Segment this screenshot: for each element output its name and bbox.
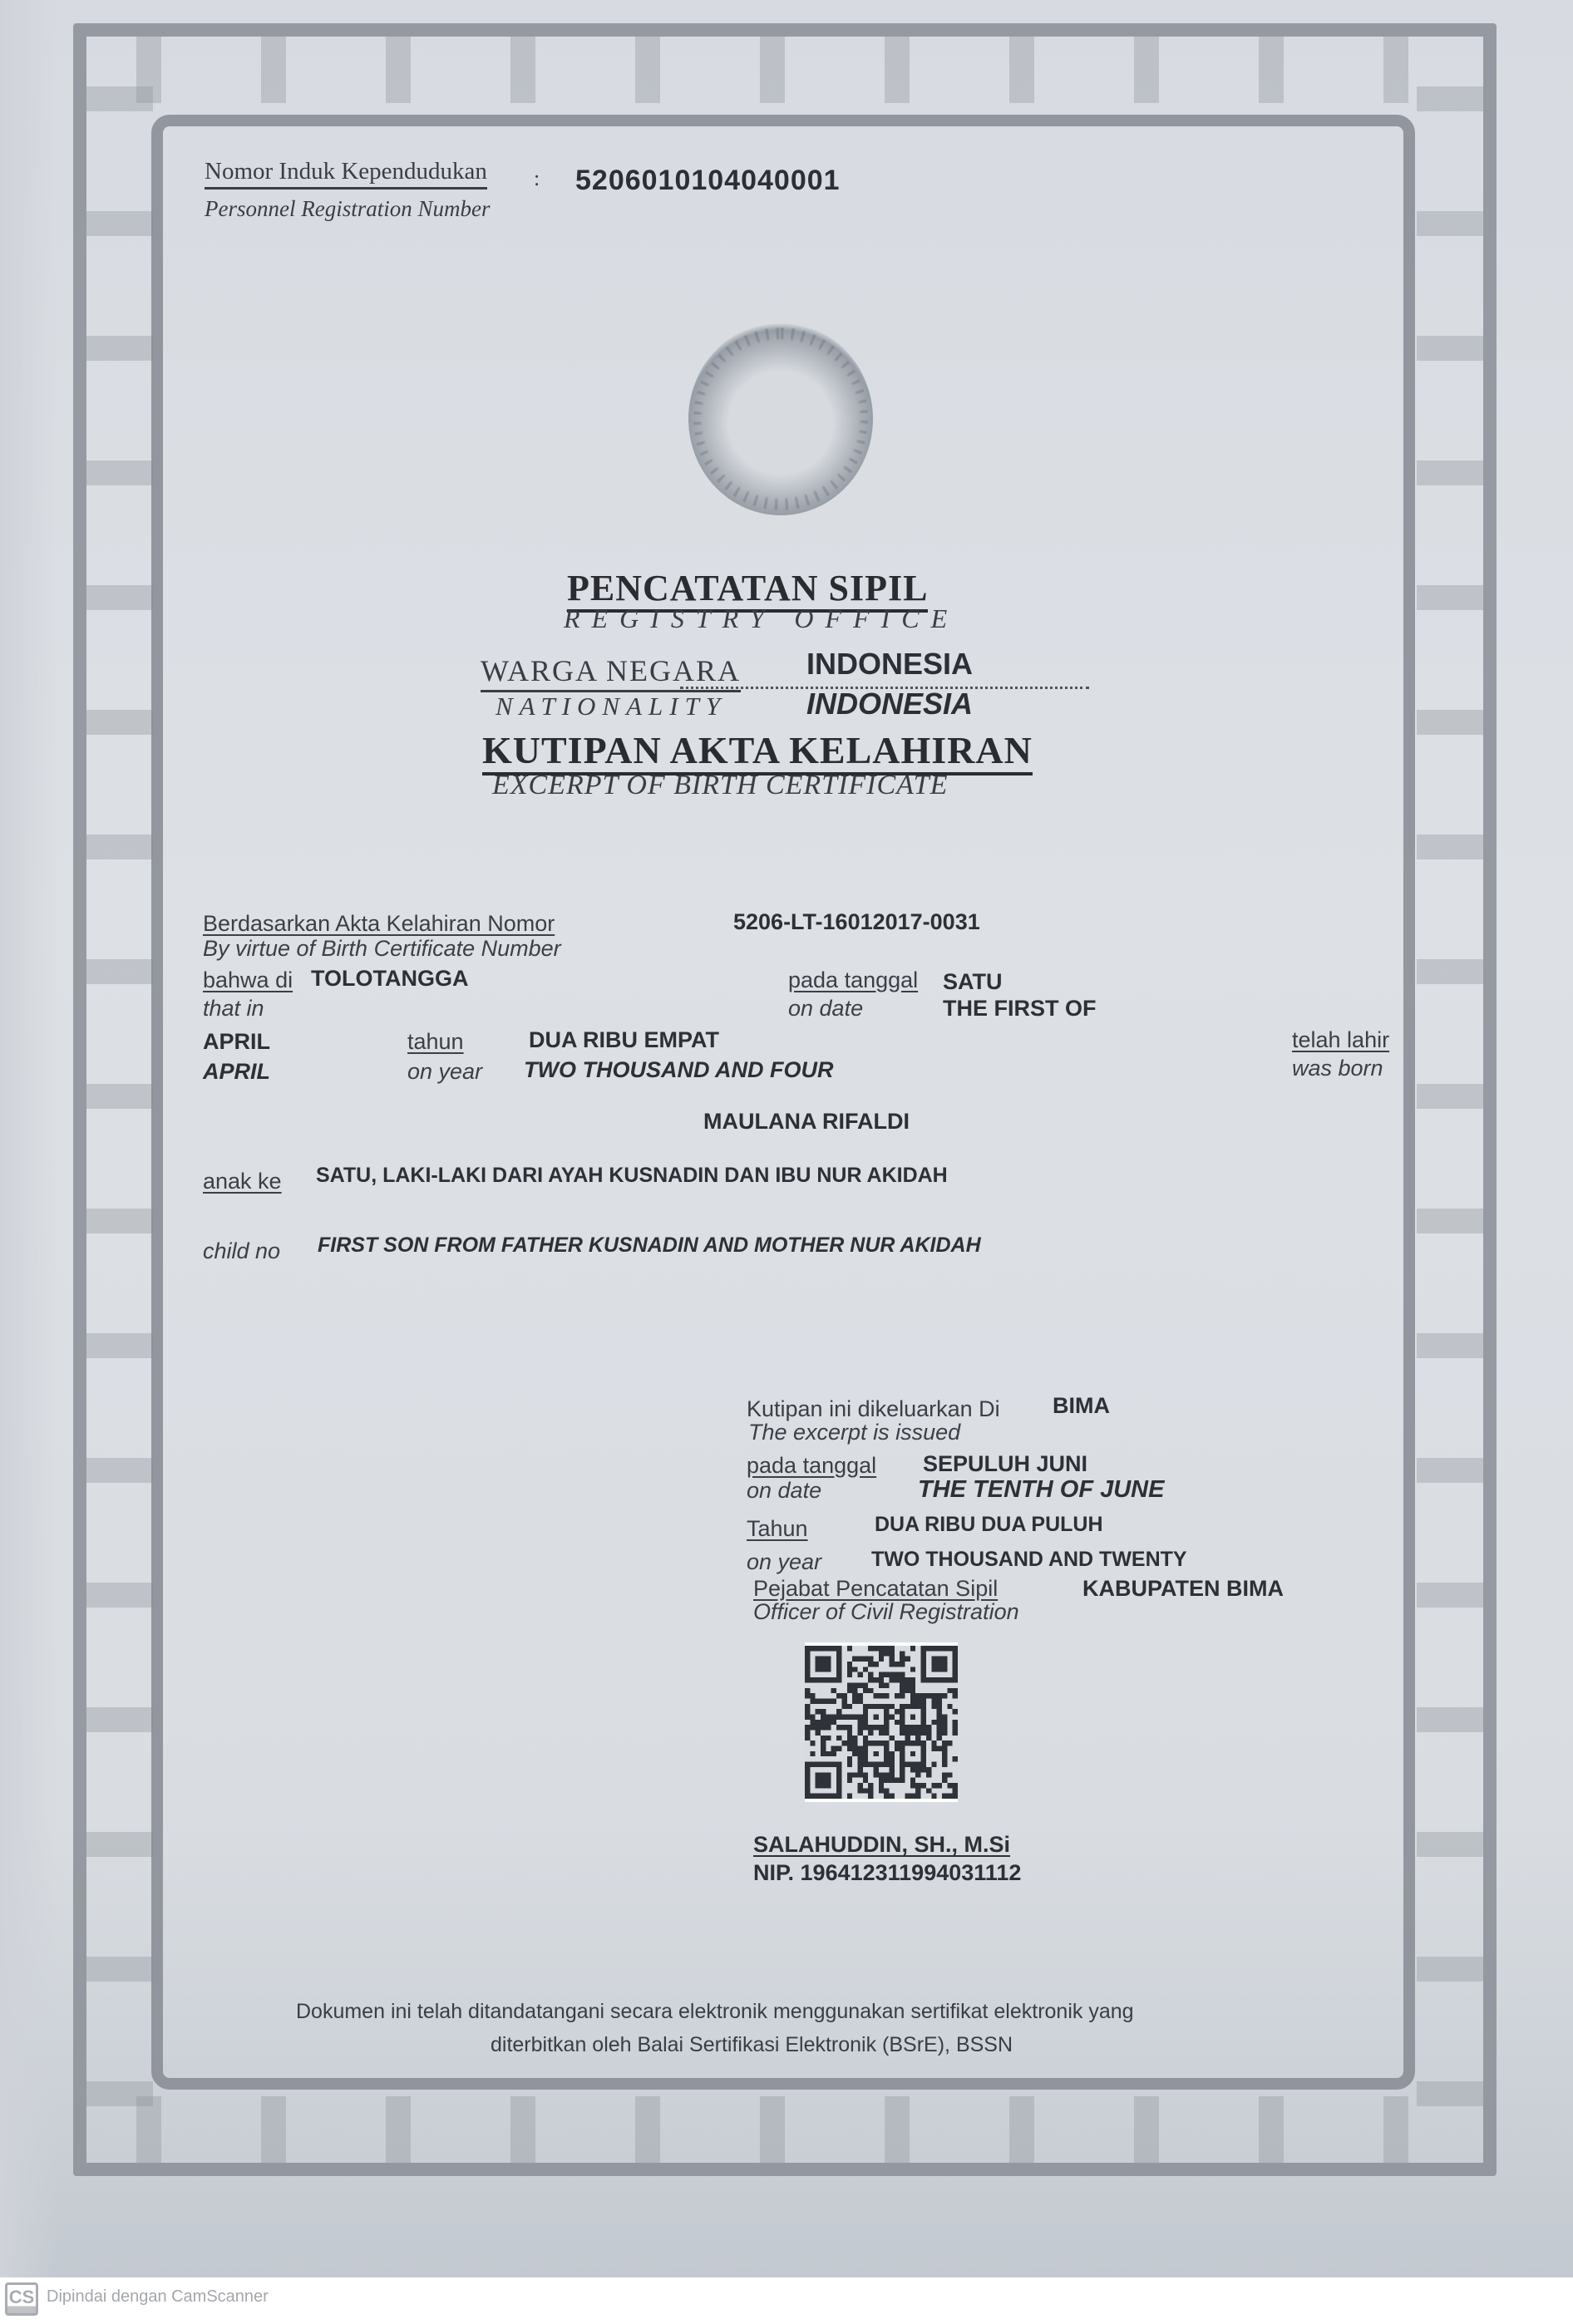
birth-month-id: APRIL: [203, 1029, 270, 1055]
officer-label-id: Pejabat Pencatatan Sipil: [753, 1576, 998, 1602]
certificate-title-en: EXCERPT OF BIRTH CERTIFICATE: [492, 770, 948, 801]
officer-label-en: Officer of Civil Registration: [753, 1599, 1019, 1625]
birth-year-value-en: TWO THOUSAND AND FOUR: [524, 1057, 833, 1083]
nik-separator: :: [534, 166, 540, 191]
garuda-emblem-icon: [688, 323, 873, 515]
birth-month-en: APRIL: [203, 1059, 270, 1085]
qr-code-icon: [805, 1642, 958, 1802]
born-label-en: was born: [1292, 1056, 1383, 1081]
scanned-document: Nomor Induk Kependudukan : Personnel Reg…: [0, 0, 1573, 2277]
birth-date-label-id: pada tanggal: [788, 968, 918, 993]
nationality-label-en: NATIONALITY: [496, 692, 727, 721]
e-signature-note-line2: diterbitkan oleh Balai Sertifikasi Elekt…: [491, 2033, 1013, 2057]
cert-number-label-id: Berdasarkan Akta Kelahiran Nomor: [203, 911, 555, 937]
birth-place-value: TOLOTANGGA: [311, 966, 469, 992]
birth-date-value-en: THE FIRST OF: [943, 996, 1097, 1022]
nik-value: 5206010104040001: [575, 165, 841, 197]
issued-year-label-id: Tahun: [747, 1516, 808, 1542]
nationality-value-en: INDONESIA: [806, 687, 973, 721]
signatory-name: SALAHUDDIN, SH., M.Si: [753, 1832, 1010, 1858]
camscanner-logo-icon: CS: [5, 2282, 38, 2316]
child-order-desc-id: SATU, LAKI-LAKI DARI AYAH KUSNADIN DAN I…: [316, 1164, 948, 1188]
issued-date-value-en: THE TENTH OF JUNE: [918, 1476, 1164, 1504]
signatory-nip: NIP. 196412311994031112: [753, 1860, 1021, 1886]
birth-date-value-id: SATU: [943, 969, 1003, 995]
cert-number-label-en: By virtue of Birth Certificate Number: [203, 936, 561, 962]
born-label-id: telah lahir: [1292, 1027, 1389, 1053]
birth-place-label-en: that in: [203, 996, 264, 1022]
birth-place-label-id: bahwa di: [203, 968, 293, 993]
birth-year-value-id: DUA RIBU EMPAT: [529, 1027, 719, 1053]
cert-number-value: 5206-LT-16012017-0031: [733, 909, 980, 935]
certificate-title-id: KUTIPAN AKTA KELAHIRAN: [482, 728, 1033, 775]
issued-date-label-en: on date: [747, 1478, 821, 1504]
issued-place-value: BIMA: [1053, 1393, 1110, 1419]
issued-date-value-id: SEPULUH JUNI: [923, 1451, 1087, 1477]
birth-year-label-id: tahun: [407, 1029, 464, 1055]
office-title-en: REGISTRY OFFICE: [564, 603, 959, 634]
child-order-label-en: child no: [203, 1238, 280, 1264]
issued-date-label-id: pada tanggal: [747, 1453, 876, 1479]
nik-label-en: Personnel Registration Number: [205, 196, 490, 222]
issued-year-value-en: TWO THOUSAND AND TWENTY: [871, 1548, 1187, 1572]
e-signature-note-line1: Dokumen ini telah ditandatangani secara …: [296, 2000, 1134, 2024]
nationality-value-id: INDONESIA: [806, 647, 973, 682]
scan-shadow: [0, 0, 58, 2277]
child-order-label-id: anak ke: [203, 1169, 282, 1194]
officer-region-value: KABUPATEN BIMA: [1082, 1576, 1284, 1602]
issued-year-value-id: DUA RIBU DUA PULUH: [875, 1513, 1103, 1537]
issued-label-id: Kutipan ini dikeluarkan Di: [747, 1396, 1000, 1422]
nik-label-id: Nomor Induk Kependudukan: [205, 158, 487, 190]
issued-label-en: The excerpt is issued: [748, 1420, 960, 1445]
birth-year-label-en: on year: [407, 1059, 482, 1085]
birth-date-label-en: on date: [788, 996, 863, 1022]
issued-year-label-en: on year: [747, 1549, 821, 1575]
child-name: MAULANA RIFALDI: [703, 1109, 910, 1135]
child-order-desc-en: FIRST SON FROM FATHER KUSNADIN AND MOTHE…: [318, 1233, 981, 1258]
scanner-caption: Dipindai dengan CamScanner: [47, 2287, 269, 2307]
